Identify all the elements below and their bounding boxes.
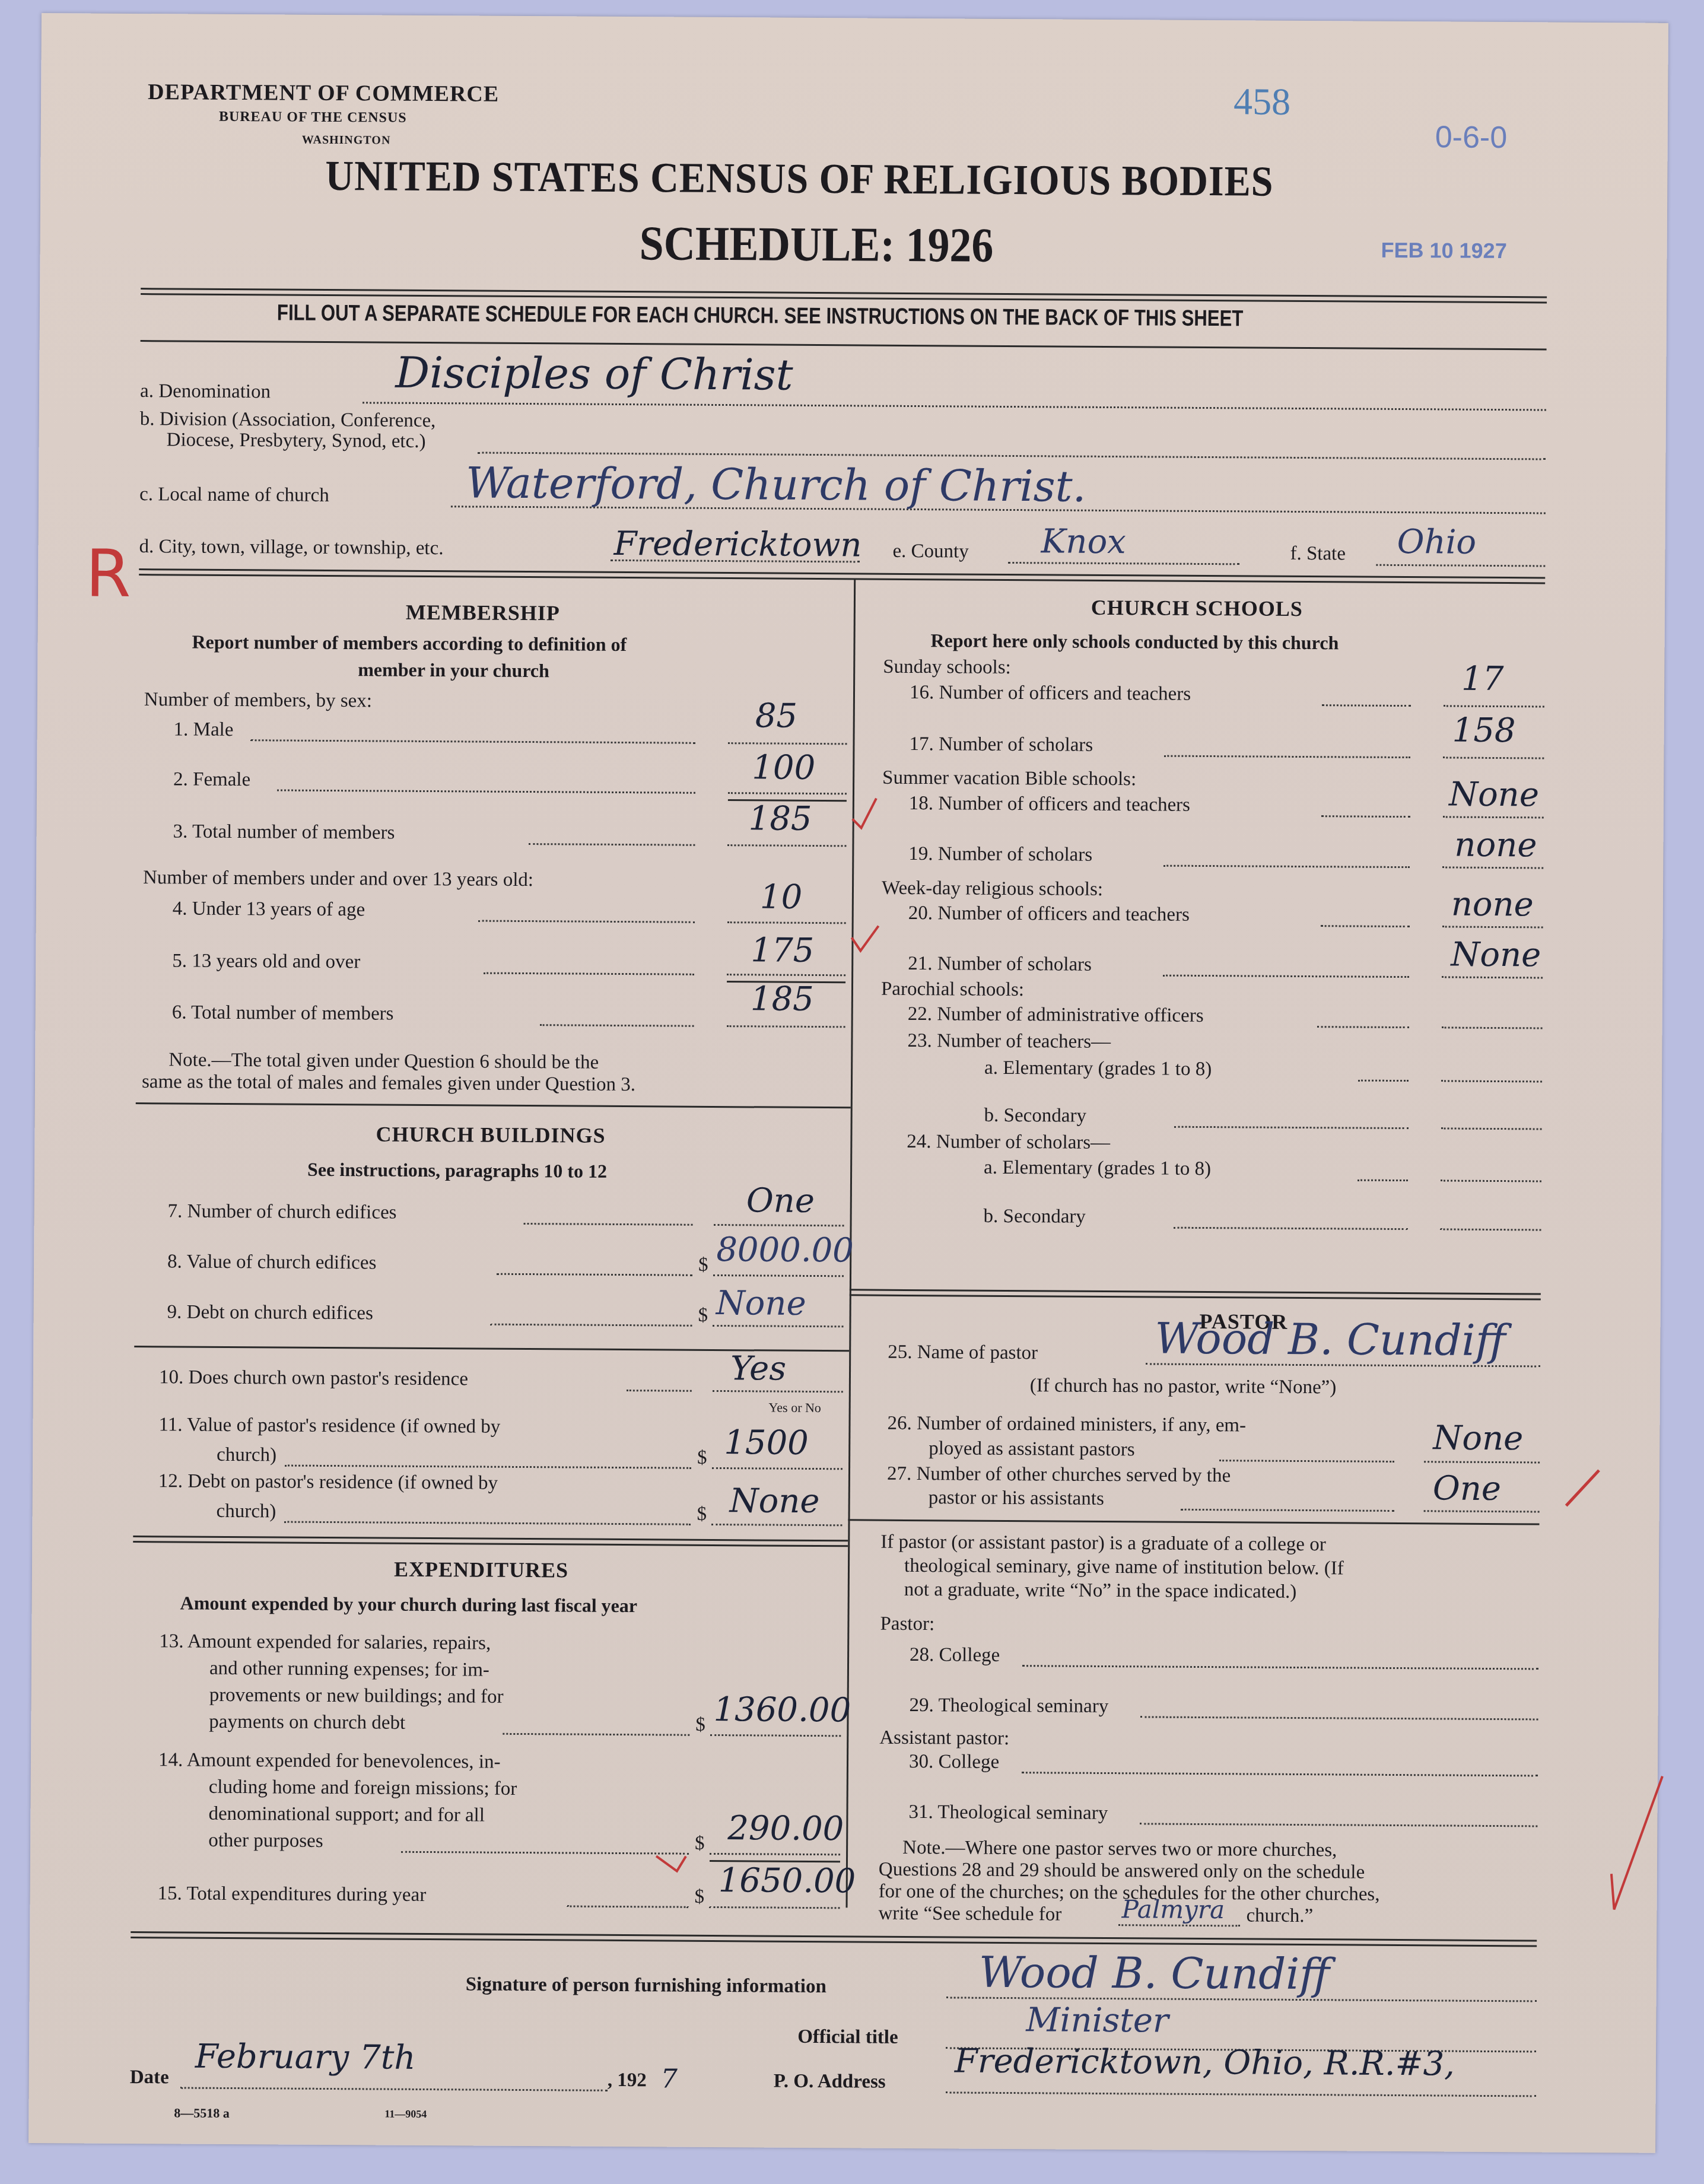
q4-line — [727, 921, 846, 924]
q13-line — [710, 1734, 841, 1737]
q21-line — [1442, 976, 1543, 978]
q17-label: 17. Number of scholars — [909, 733, 1093, 756]
q21-leader — [1163, 975, 1409, 978]
q3-leader — [529, 843, 695, 846]
county-field[interactable]: Knox — [1041, 522, 1126, 561]
q14-label-3: denominational support; and for all — [208, 1803, 485, 1827]
q12-label-2: church) — [216, 1500, 276, 1523]
q20-leader — [1321, 925, 1410, 927]
q27-other-churches-field[interactable]: One — [1433, 1469, 1502, 1508]
q12-debt-field[interactable]: None — [730, 1482, 820, 1521]
q13-running-expenses-field[interactable]: 1360.00 — [713, 1690, 851, 1730]
q4-leader — [478, 920, 695, 923]
q14-leader — [401, 1851, 689, 1855]
q13-leader — [503, 1733, 689, 1736]
q22-field[interactable] — [1442, 1026, 1543, 1029]
q6-leader — [540, 1024, 694, 1027]
q9-currency: $ — [698, 1305, 708, 1327]
po-address-field[interactable]: Fredericktown, Ohio, R.R.#3, — [955, 2042, 1455, 2083]
q26-line — [1424, 1461, 1540, 1463]
q28-label: 28. College — [910, 1644, 1000, 1667]
palmyra-line — [1118, 1924, 1240, 1927]
q22-leader — [1317, 1026, 1409, 1028]
q19-line — [1442, 866, 1543, 869]
red-tick-q27 — [1563, 1458, 1611, 1518]
q17-leader — [1164, 755, 1410, 759]
q7-edifices-field[interactable]: One — [746, 1181, 815, 1220]
q23b-field[interactable] — [1441, 1127, 1542, 1130]
q14-benevolences-field[interactable]: 290.00 — [727, 1809, 844, 1848]
pastor-note-4-suffix: church.” — [1246, 1905, 1313, 1927]
form-number-stamp: 458 — [1234, 80, 1290, 124]
q6-line — [727, 1025, 845, 1028]
q26-label-2: ployed as assistant pastors — [929, 1438, 1135, 1461]
q15-label: 15. Total expenditures during year — [158, 1883, 427, 1906]
q23b-leader — [1174, 1126, 1409, 1129]
q5-line — [727, 974, 845, 976]
q26-leader — [1219, 1460, 1394, 1463]
q23-label: 23. Number of teachers— — [907, 1030, 1111, 1053]
church-schools-heading: CHURCH SCHOOLS — [1091, 595, 1303, 621]
sunday-schools-label: Sunday schools: — [883, 656, 1011, 679]
division-label-2: Diocese, Presbytery, Synod, etc.) — [166, 429, 425, 453]
q2-label: 2. Female — [173, 768, 250, 791]
pastor-name-field[interactable]: Wood B. Cundiff — [1155, 1314, 1506, 1366]
q8-label: 8. Value of church edifices — [167, 1251, 376, 1274]
date-line — [180, 2087, 608, 2091]
pastor-note-4-prefix: write “See schedule for — [878, 1903, 1061, 1926]
q8-currency: $ — [698, 1254, 708, 1276]
q19-leader — [1163, 865, 1410, 869]
q20-field[interactable]: none — [1451, 885, 1534, 924]
q19-label: 19. Number of scholars — [908, 843, 1092, 866]
date-field[interactable]: February 7th — [195, 2037, 416, 2077]
q11-leader — [285, 1465, 691, 1469]
q31-label: 31. Theological seminary — [908, 1801, 1108, 1824]
red-check-mark-total — [653, 1850, 701, 1880]
q18-label: 18. Number of officers and teachers — [909, 793, 1190, 816]
q23a-field[interactable] — [1441, 1080, 1542, 1082]
q16-line — [1444, 705, 1544, 707]
membership-subtitle-2: member in your church — [358, 659, 549, 682]
q15-total-field[interactable]: 1650.00 — [719, 1861, 856, 1900]
q24b-field[interactable] — [1441, 1228, 1541, 1231]
q16-field[interactable]: 17 — [1461, 660, 1504, 698]
q9-debt-field[interactable]: None — [716, 1284, 806, 1323]
q11-label-2: church) — [217, 1444, 276, 1467]
year-prefix: , 192 — [608, 2069, 647, 2091]
q29-seminary-field[interactable] — [1140, 1716, 1538, 1720]
membership-heading: MEMBERSHIP — [406, 600, 560, 626]
q1-line — [728, 742, 847, 745]
q17-line — [1443, 756, 1544, 759]
q26-assistants-field[interactable]: None — [1433, 1419, 1523, 1458]
by-age-label: Number of members under and over 13 year… — [143, 867, 533, 891]
q2-leader — [277, 789, 695, 793]
q16-label: 16. Number of officers and teachers — [910, 682, 1191, 705]
q3-total-field[interactable]: 185 — [749, 799, 812, 838]
q15-leader — [567, 1905, 689, 1908]
q8-leader — [497, 1273, 692, 1276]
q10-line — [713, 1390, 843, 1393]
red-review-mark: R — [85, 535, 131, 611]
q23a-leader — [1358, 1080, 1409, 1082]
print-code: 11—9054 — [384, 2108, 427, 2121]
buildings-rule — [133, 1536, 848, 1547]
denomination-label: a. Denomination — [140, 380, 271, 403]
form-title: UNITED STATES CENSUS OF RELIGIOUS BODIES — [325, 151, 1274, 206]
q9-line — [713, 1325, 843, 1327]
membership-note-2: same as the total of males and females g… — [142, 1071, 635, 1096]
graduate-instruction-3: not a graduate, write “No” in the space … — [904, 1579, 1297, 1603]
q30-label: 30. College — [909, 1751, 999, 1773]
q12-label-1: 12. Debt on pastor's residence (if owned… — [158, 1470, 498, 1494]
division-label-1: b. Division (Association, Conference, — [140, 408, 436, 432]
q27-leader — [1181, 1509, 1394, 1512]
church-buildings-heading: CHURCH BUILDINGS — [376, 1121, 605, 1147]
summer-schools-label: Summer vacation Bible schools: — [882, 767, 1136, 791]
q27-label-1: 27. Number of other churches served by t… — [887, 1463, 1231, 1487]
q4-under13-field[interactable]: 10 — [760, 878, 803, 916]
q24a-leader — [1358, 1180, 1408, 1182]
county-label: e. County — [892, 541, 969, 563]
graduate-instruction-1: If pastor (or assistant pastor) is a gra… — [880, 1531, 1326, 1556]
city-heading: WASHINGTON — [302, 133, 391, 148]
assistant-pastor-label: Assistant pastor: — [879, 1727, 1009, 1750]
q23b-label: b. Secondary — [984, 1105, 1087, 1127]
membership-rule — [136, 1102, 851, 1108]
q17-field[interactable]: 158 — [1452, 711, 1515, 751]
q24a-field[interactable] — [1441, 1180, 1541, 1182]
schedule-title: SCHEDULE: 1926 — [639, 215, 993, 274]
q2-female-field[interactable]: 100 — [752, 748, 815, 787]
by-sex-label: Number of members, by sex: — [144, 689, 372, 712]
pastor-note-2: Questions 28 and 29 should be answered o… — [879, 1859, 1365, 1884]
q18-leader — [1321, 815, 1410, 818]
q3-label: 3. Total number of members — [173, 821, 395, 844]
schools-rule — [850, 1289, 1541, 1300]
q18-line — [1443, 816, 1544, 818]
q14-label-1: 14. Amount expended for benevolences, in… — [158, 1749, 501, 1773]
q3-line — [727, 844, 846, 847]
state-label: f. State — [1290, 543, 1346, 565]
q25-hint: (If church has no pastor, write “None”) — [1030, 1375, 1337, 1398]
local-name-label: c. Local name of church — [139, 484, 329, 507]
q24a-label: a. Elementary (grades 1 to 8) — [984, 1157, 1211, 1180]
q14-line — [710, 1853, 840, 1855]
q10-label: 10. Does church own pastor's residence — [159, 1366, 468, 1390]
q27-label-2: pastor or his assistants — [929, 1487, 1104, 1510]
q11-currency: $ — [697, 1447, 707, 1469]
q15-line — [710, 1906, 840, 1909]
form-code: 8—5518 a — [174, 2105, 230, 2121]
q24-label: 24. Number of scholars— — [907, 1131, 1110, 1154]
q11-value-field[interactable]: 1500 — [724, 1423, 809, 1463]
q13-currency: $ — [695, 1714, 705, 1736]
q10-leader — [627, 1390, 692, 1392]
po-address-label: P. O. Address — [774, 2071, 886, 2093]
pastor-section-label: Pastor: — [880, 1613, 934, 1636]
q5-leader — [484, 972, 694, 975]
q28-college-field[interactable] — [1022, 1665, 1538, 1670]
q24b-label: b. Secondary — [984, 1206, 1086, 1228]
q5-label: 5. 13 years old and over — [172, 950, 360, 973]
q1-label: 1. Male — [174, 719, 234, 741]
received-date-stamp: FEB 10 1927 — [1381, 238, 1506, 263]
church-schools-subtitle: Report here only schools conducted by th… — [930, 630, 1339, 654]
local-name-field[interactable]: Waterford, Church of Christ. — [466, 457, 1086, 511]
q9-label: 9. Debt on church edifices — [167, 1301, 374, 1324]
code-stamp: 0-6-0 — [1435, 119, 1508, 155]
q15-currency: $ — [695, 1886, 705, 1908]
q20-label: 20. Number of officers and teachers — [908, 902, 1190, 926]
red-check-mark-right — [1596, 1773, 1668, 1928]
see-schedule-church-field[interactable]: Palmyra — [1121, 1894, 1225, 1924]
q14-label-4: other purposes — [208, 1830, 323, 1852]
q11-label-1: 11. Value of pastor's residence (if owne… — [158, 1414, 500, 1438]
q1-male-field[interactable]: 85 — [755, 697, 798, 735]
state-field[interactable]: Ohio — [1397, 523, 1476, 562]
q18-field[interactable]: None — [1449, 775, 1539, 815]
official-title-field[interactable]: Minister — [1026, 2001, 1169, 2040]
fill-out-instruction: FILL OUT A SEPARATE SCHEDULE FOR EACH CH… — [277, 300, 1244, 332]
census-schedule-sheet: DEPARTMENT OF COMMERCE BUREAU OF THE CEN… — [28, 13, 1668, 2153]
q24b-leader — [1174, 1227, 1408, 1230]
q8-line — [713, 1274, 844, 1277]
signature-label: Signature of person furnishing informati… — [466, 1973, 826, 1998]
city-field[interactable]: Fredericktown — [613, 524, 861, 565]
q11-line — [712, 1467, 843, 1470]
q26-label-1: 26. Number of ordained ministers, if any… — [887, 1413, 1246, 1437]
q29-label: 29. Theological seminary — [909, 1695, 1108, 1718]
identification-rule — [139, 568, 1545, 584]
q27-line — [1424, 1510, 1540, 1512]
signature-field[interactable]: Wood B. Cundiff — [979, 1947, 1330, 1999]
expenditures-heading: EXPENDITURES — [394, 1557, 568, 1583]
po-address-line — [946, 2091, 1536, 2097]
q13-label-3: provements or new buildings; and for — [209, 1684, 504, 1708]
q10-hint: Yes or No — [769, 1400, 821, 1416]
q6-total-field[interactable]: 185 — [751, 980, 814, 1019]
red-check-marks-membership — [848, 795, 897, 973]
state-line — [1376, 564, 1545, 567]
q13-label-4: payments on church debt — [209, 1711, 405, 1734]
instruction-rule — [141, 340, 1547, 350]
q22-label: 22. Number of administrative officers — [908, 1003, 1204, 1027]
expenditures-subtitle: Amount expended by your church during la… — [180, 1592, 638, 1617]
q12-currency: $ — [697, 1503, 707, 1525]
q19-field[interactable]: none — [1454, 826, 1537, 865]
parochial-schools-label: Parochial schools: — [881, 978, 1024, 1001]
q8-value-field[interactable]: 8000.00 — [716, 1231, 854, 1270]
county-line — [1008, 562, 1239, 565]
denomination-field[interactable]: Disciples of Christ — [395, 348, 793, 400]
q2-line — [728, 792, 847, 794]
q13-label-1: 13. Amount expended for salaries, repair… — [159, 1630, 491, 1654]
q21-label: 21. Number of scholars — [908, 953, 1092, 976]
q20-line — [1442, 926, 1543, 928]
date-label: Date — [130, 2067, 169, 2088]
graduate-instruction-2: theological seminary, give name of insti… — [904, 1555, 1344, 1580]
footer-rule — [131, 1931, 1537, 1947]
membership-subtitle-1: Report number of members according to de… — [192, 631, 627, 656]
church-buildings-subtitle: See instructions, paragraphs 10 to 12 — [307, 1159, 607, 1182]
denomination-line — [363, 402, 1546, 411]
q6-label: 6. Total number of members — [172, 1002, 394, 1025]
q21-field[interactable]: None — [1451, 936, 1541, 975]
q5-over13-field[interactable]: 175 — [751, 931, 814, 970]
q31-seminary-field[interactable] — [1140, 1823, 1537, 1827]
department-heading: DEPARTMENT OF COMMERCE — [148, 79, 499, 107]
pastor-rule — [848, 1519, 1540, 1525]
official-title-label: Official title — [797, 2026, 898, 2049]
q10-residence-field[interactable]: Yes — [730, 1349, 786, 1388]
q12-line — [711, 1524, 842, 1526]
q7-label: 7. Number of church edifices — [168, 1200, 397, 1223]
q12-leader — [284, 1521, 691, 1525]
weekday-schools-label: Week-day religious schools: — [882, 878, 1103, 901]
q13-label-2: and other running expenses; for im- — [209, 1658, 489, 1681]
q1-leader — [251, 739, 696, 744]
q16-leader — [1322, 704, 1411, 707]
q9-leader — [491, 1324, 692, 1327]
q23a-label: a. Elementary (grades 1 to 8) — [984, 1057, 1212, 1080]
membership-note-1: Note.—The total given under Question 6 s… — [169, 1049, 599, 1073]
city-label: d. City, town, village, or township, etc… — [139, 536, 443, 559]
q25-label: 25. Name of pastor — [888, 1341, 1038, 1365]
q4-label: 4. Under 13 years of age — [173, 898, 365, 921]
bureau-heading: BUREAU OF THE CENSUS — [219, 109, 407, 126]
q7-leader — [524, 1223, 693, 1226]
year-suffix-field[interactable]: 7 — [661, 2064, 678, 2094]
pastor-note-1: Note.—Where one pastor serves two or mor… — [902, 1837, 1337, 1861]
q7-line — [714, 1224, 844, 1226]
q14-label-2: cluding home and foreign missions; for — [209, 1776, 517, 1800]
q30-college-field[interactable] — [1022, 1772, 1538, 1776]
